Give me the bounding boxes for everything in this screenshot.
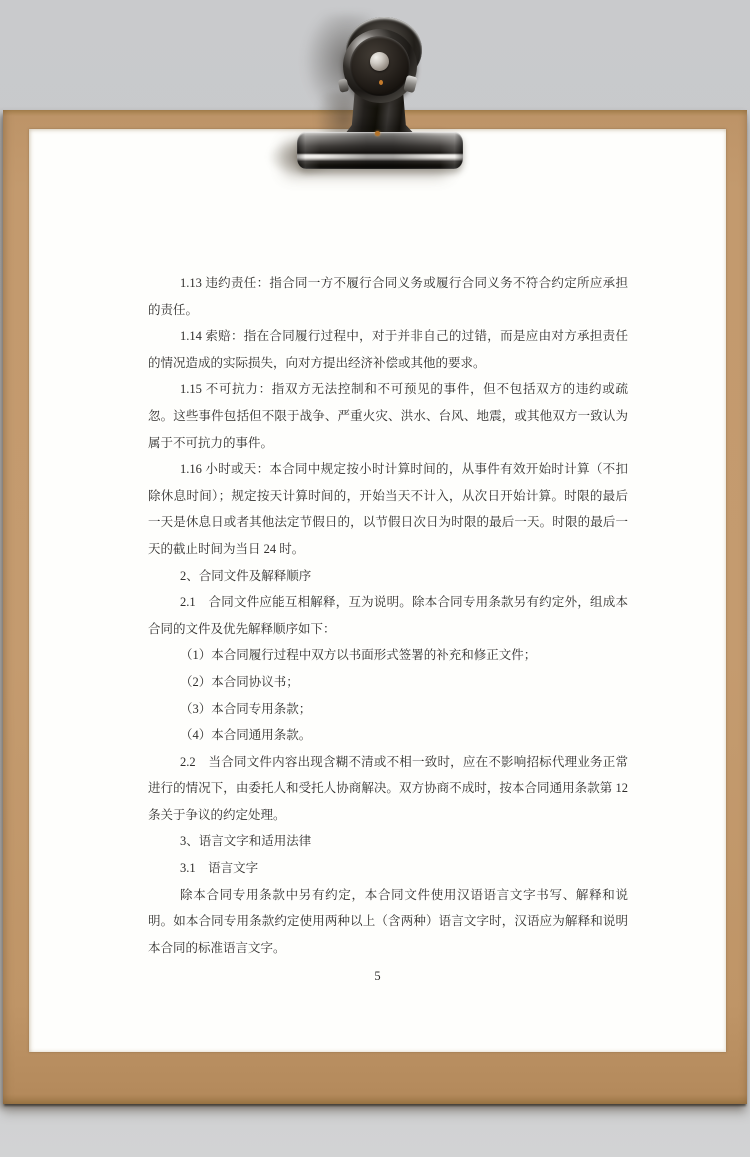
- clip-amber-glint: [379, 80, 383, 85]
- clip-ring: [343, 29, 417, 103]
- paragraph: 1.14 索赔：指在合同履行过程中，对于并非自己的过错，而是应由对方承担责任的情…: [148, 323, 628, 376]
- paragraph: （2）本合同协议书；: [148, 669, 628, 696]
- document-body: 1.13 违约责任：指合同一方不履行合同义务或履行合同义务不符合约定所应承担的责…: [148, 270, 628, 961]
- paragraph: （1）本合同履行过程中双方以书面形式签署的补充和修正文件；: [148, 642, 628, 669]
- paragraph: （4）本合同通用条款。: [148, 722, 628, 749]
- clip-lever-right: [403, 75, 418, 93]
- paragraph: 2、合同文件及解释顺序: [148, 563, 628, 590]
- clip-hole: [370, 52, 389, 71]
- paragraph: 2.2 当合同文件内容出现含糊不清或不相一致时，应在不影响招标代理业务正常进行的…: [148, 749, 628, 829]
- page-number: 5: [29, 969, 726, 984]
- clip-back-ring: [346, 17, 422, 83]
- paragraph: 除本合同专用条款中另有约定，本合同文件使用汉语语言文字书写、解释和说明。如本合同…: [148, 882, 628, 962]
- clip-shadow: [303, 14, 375, 118]
- clip-lever-left: [338, 78, 350, 93]
- paragraph: 1.16 小时或天：本合同中规定按小时计算时间的，从事件有效开始时计算（不扣除休…: [148, 456, 628, 562]
- scene: 1.13 违约责任：指合同一方不履行合同义务或履行合同义务不符合约定所应承担的责…: [0, 0, 750, 1157]
- paragraph: 3.1 语言文字: [148, 855, 628, 882]
- paragraph: （3）本合同专用条款；: [148, 696, 628, 723]
- paragraph: 2.1 合同文件应能互相解释，互为说明。除本合同专用条款另有约定外，组成本合同的…: [148, 589, 628, 642]
- paragraph: 3、语言文字和适用法律: [148, 828, 628, 855]
- paragraph: 1.13 违约责任：指合同一方不履行合同义务或履行合同义务不符合约定所应承担的责…: [148, 270, 628, 323]
- clip-ring-inner: [350, 36, 410, 96]
- paragraph: 1.15 不可抗力：指双方无法控制和不可预见的事件，但不包括双方的违约或疏忽。这…: [148, 376, 628, 456]
- document-page: 1.13 违约责任：指合同一方不履行合同义务或履行合同义务不符合约定所应承担的责…: [29, 129, 726, 1052]
